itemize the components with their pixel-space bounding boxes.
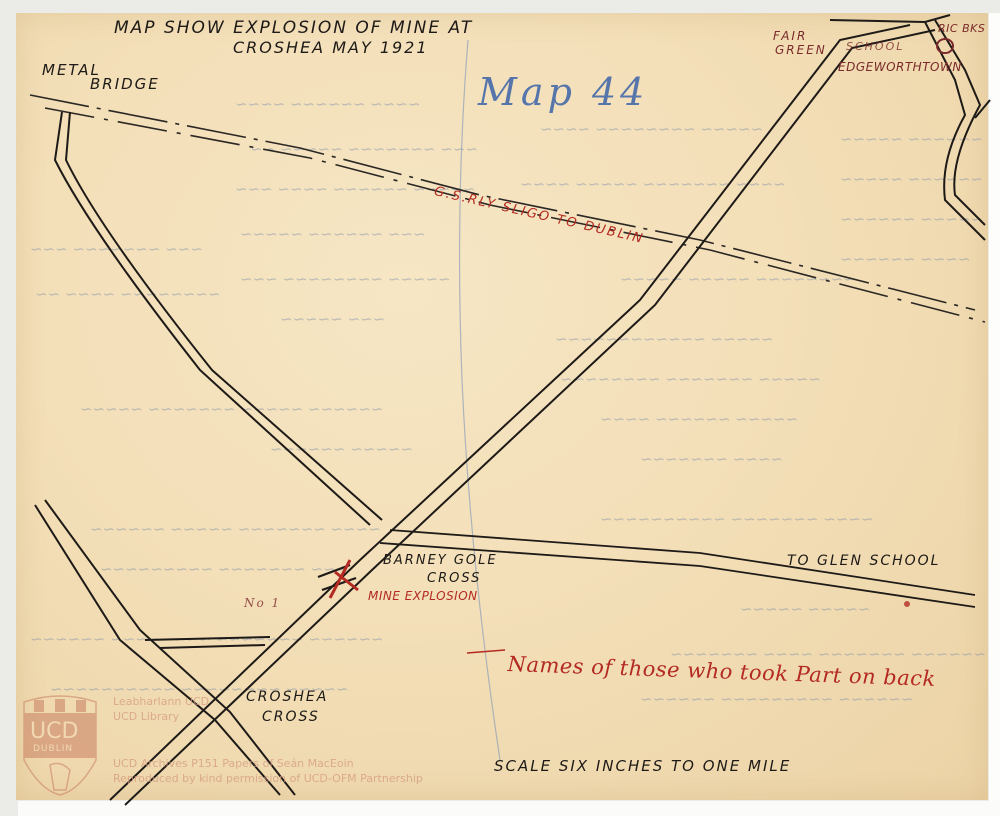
label-croshea-cross-2: CROSS	[262, 709, 320, 725]
label-barney-gole-cross-2: CROSS	[427, 571, 481, 586]
label-barney-gole-cross-1: BARNEY GOLE	[383, 553, 498, 568]
watermark-library-irish: Leabharlann UCD	[113, 695, 209, 708]
label-mine-explosion: MINE EXPLOSION	[368, 589, 478, 603]
names-note-leader	[467, 650, 505, 653]
label-fair-green-2: GREEN	[775, 43, 827, 57]
map-title-line1: MAP SHOW EXPLOSION OF MINE AT	[114, 18, 473, 38]
scale-note: SCALE SIX INCHES TO ONE MILE	[494, 757, 791, 775]
red-ink-mark	[904, 601, 910, 607]
label-school: SCHOOL	[846, 40, 904, 53]
map-title-line2: CROSHEA MAY 1921	[233, 38, 429, 57]
watermark-archive-line: UCD Archives P151 Papers of Seán MacEoin	[113, 757, 354, 770]
map-drawing	[0, 0, 1000, 816]
road-side-spur	[145, 637, 270, 648]
label-croshea-cross-1: CROSHEA	[246, 689, 328, 705]
catalog-mark: Map 44	[478, 70, 648, 114]
ucd-logo-subtext: DUBLIN	[33, 744, 73, 754]
watermark-permission-line: Reproduced by kind permission of UCD-OFM…	[113, 772, 423, 785]
ucd-logo-text: UCD	[30, 719, 78, 744]
marker-note: No 1	[244, 596, 281, 610]
label-fair-green-1: FAIR	[773, 29, 807, 43]
road-main-diagonal	[110, 25, 935, 805]
label-glen-school: TO GLEN SCHOOL	[787, 553, 940, 569]
label-ric-barracks: RIC BKS	[938, 22, 985, 35]
label-edgeworthstown: EDGEWORTHTOWN	[838, 60, 962, 74]
explosion-marker	[318, 560, 358, 598]
label-metal-bridge-2: BRIDGE	[90, 75, 160, 93]
road-metal-bridge	[55, 112, 382, 525]
watermark-library-english: UCD Library	[113, 710, 179, 723]
